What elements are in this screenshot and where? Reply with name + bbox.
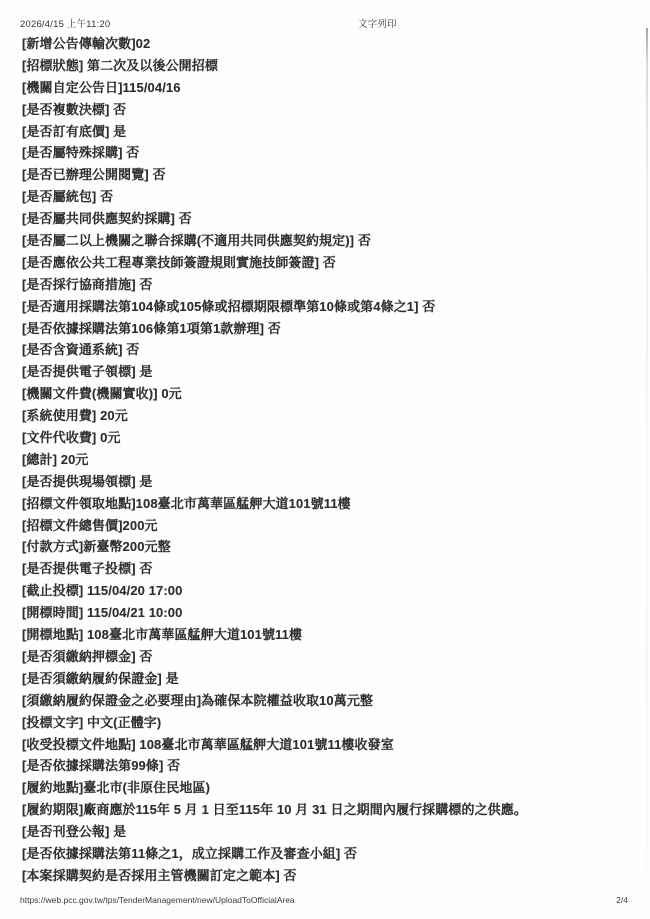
scan-artifact-line [646, 28, 648, 878]
field-line: [是否適用採購法第104條或105條或招標期限標準第10條或第4條之1] 否 [22, 296, 642, 318]
field-line: [是否已辦理公開閱覽] 否 [22, 164, 642, 186]
field-line: [投標文字] 中文(正體字) [22, 712, 642, 734]
field-line: [機關文件費(機關實收)] 0元 [22, 383, 642, 405]
field-line: [是否提供電子投標] 否 [22, 558, 642, 580]
field-line: [機關自定公告日]115/04/16 [22, 77, 642, 99]
field-line: [是否含資通系統] 否 [22, 339, 642, 361]
field-line: [履約期限]廠商應於115年 5 月 1 日至115年 10 月 31 日之期間… [22, 799, 642, 821]
field-line: [是否屬統包] 否 [22, 186, 642, 208]
field-line: [是否採行協商措施] 否 [22, 274, 642, 296]
field-line: [收受投標文件地點] 108臺北市萬華區艋舺大道101號11樓收發室 [22, 734, 642, 756]
print-footer: https://web.pcc.gov.tw/tps/TenderManagem… [20, 895, 630, 907]
field-line: [是否刊登公報] 是 [22, 821, 642, 843]
field-line: [是否訂有底價] 是 [22, 121, 642, 143]
field-line: [開標地點] 108臺北市萬華區艋舺大道101號11樓 [22, 624, 642, 646]
printed-document-page: 2026/4/15 上午11:20 文字列印 [新增公告傳輸次數]02[招標狀態… [0, 0, 650, 919]
footer-url: https://web.pcc.gov.tw/tps/TenderManagem… [20, 895, 295, 905]
field-line: [是否須繳納押標金] 否 [22, 646, 642, 668]
field-line: [是否提供現場領標] 是 [22, 471, 642, 493]
print-datetime: 2026/4/15 上午11:20 [20, 16, 110, 30]
field-line: [本案採購契約是否採用主管機關訂定之範本] 否 [22, 865, 642, 887]
field-line: [是否屬二以上機關之聯合採購(不適用共同供應契約規定)] 否 [22, 230, 642, 252]
field-line: [是否依據採購法第106條第1項第1款辦理] 否 [22, 318, 642, 340]
field-line: [招標文件總售價]200元 [22, 515, 642, 537]
field-line: [履約地點]臺北市(非原住民地區) [22, 777, 642, 799]
field-line: [總計] 20元 [22, 449, 642, 471]
field-line: [是否屬共同供應契約採購] 否 [22, 208, 642, 230]
field-line: [是否須繳納履約保證金] 是 [22, 668, 642, 690]
field-line: [須繳納履約保證金之必要理由]為確保本院權益收取10萬元整 [22, 690, 642, 712]
field-line: [招標文件領取地點]108臺北市萬華區艋舺大道101號11樓 [22, 493, 642, 515]
field-line: [開標時間] 115/04/21 10:00 [22, 602, 642, 624]
field-line: [是否提供電子領標] 是 [22, 361, 642, 383]
field-line: [是否依據採購法第99條] 否 [22, 755, 642, 777]
field-line: [截止投標] 115/04/20 17:00 [22, 580, 642, 602]
page-indicator: 2/4 [616, 895, 628, 905]
field-line: [系統使用費] 20元 [22, 405, 642, 427]
field-line: [是否依據採購法第11條之1，成立採購工作及審查小組] 否 [22, 843, 642, 865]
field-line: [招標狀態] 第二次及以後公開招標 [22, 55, 642, 77]
field-line: [付款方式]新臺幣200元整 [22, 536, 642, 558]
field-line: [是否應依公共工程專業技師簽證規則實施技師簽證] 否 [22, 252, 642, 274]
field-line: [新增公告傳輸次數]02 [22, 33, 642, 55]
field-line: [是否複數決標] 否 [22, 99, 642, 121]
field-line: [是否屬特殊採購] 否 [22, 142, 642, 164]
print-header: 2026/4/15 上午11:20 文字列印 [20, 16, 630, 30]
print-title: 文字列印 [358, 16, 397, 30]
document-lines: [新增公告傳輸次數]02[招標狀態] 第二次及以後公開招標[機關自定公告日]11… [22, 33, 642, 887]
field-line: [文件代收費] 0元 [22, 427, 642, 449]
